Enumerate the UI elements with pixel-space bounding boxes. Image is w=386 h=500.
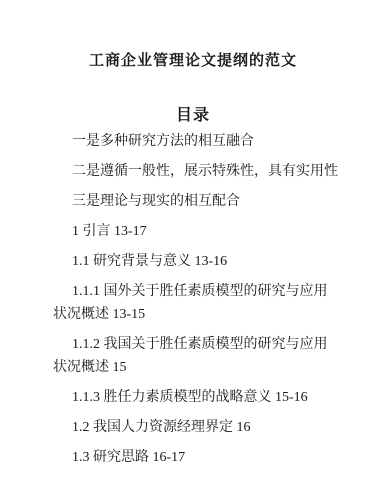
toc-item: 1.1.2 我国关于胜任素质模型的研究与应用状况概述 15 — [0, 333, 386, 379]
toc-heading: 目录 — [0, 107, 386, 124]
toc-item: 1.1.3 胜任力素质模型的战略意义 15-16 — [0, 386, 386, 409]
toc-item: 1.2 我国人力资源经理界定 16 — [0, 416, 386, 439]
document-title: 工商企业管理论文提纲的范文 — [0, 53, 386, 70]
toc-list: 一是多种研究方法的相互融合 二是遵循一般性，展示特殊性，具有实用性 三是理论与现… — [0, 130, 386, 469]
toc-item: 1.1 研究背景与意义 13-16 — [0, 250, 386, 273]
toc-item: 1.3 研究思路 16-17 — [0, 446, 386, 469]
toc-item: 1.1.1 国外关于胜任素质模型的研究与应用状况概述 13-15 — [0, 280, 386, 326]
document-page: 工商企业管理论文提纲的范文 目录 一是多种研究方法的相互融合 二是遵循一般性，展… — [0, 0, 386, 500]
toc-item: 二是遵循一般性，展示特殊性，具有实用性 — [0, 160, 386, 183]
toc-item: 1 引言 13-17 — [0, 220, 386, 243]
toc-item: 一是多种研究方法的相互融合 — [0, 130, 386, 153]
toc-item: 三是理论与现实的相互配合 — [0, 190, 386, 213]
